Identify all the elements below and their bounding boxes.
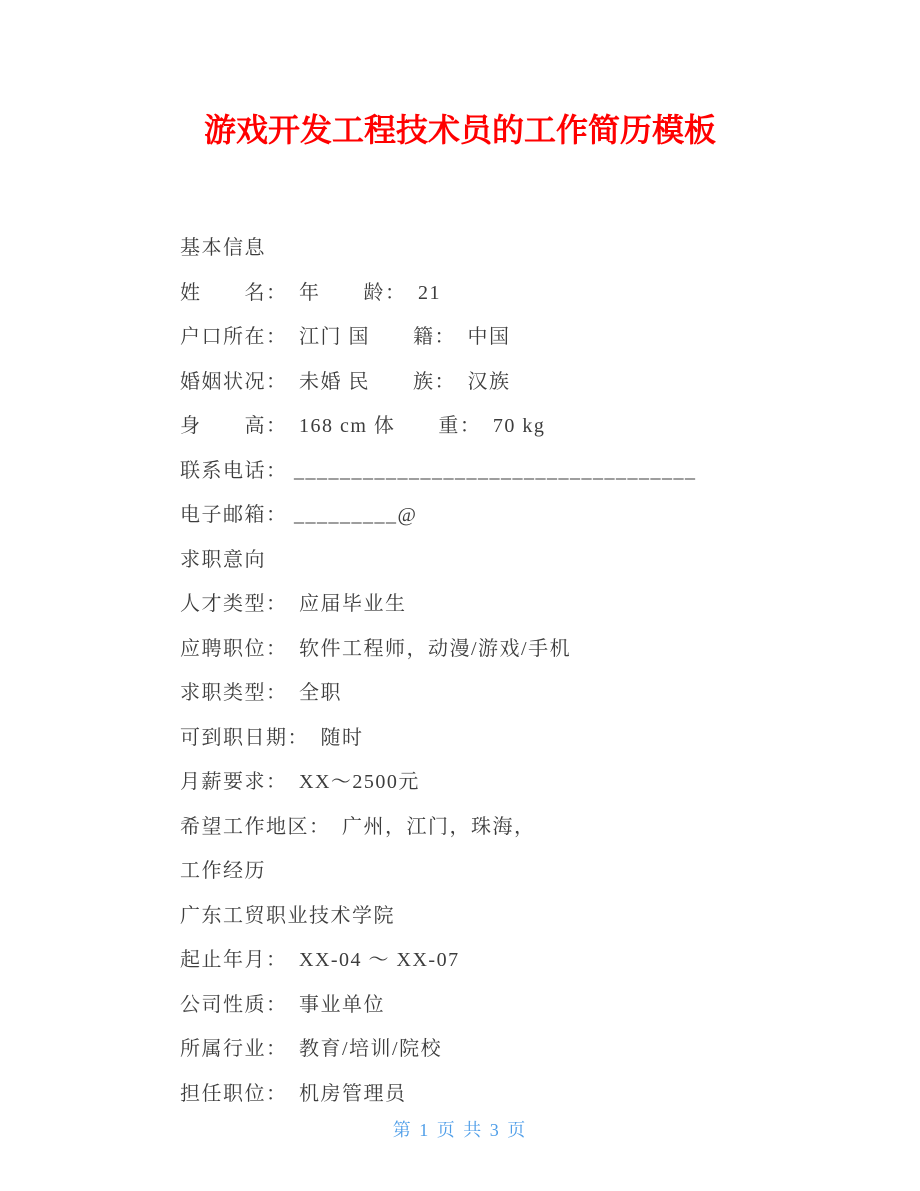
page-number-label: 第 1 页 共 3 页 bbox=[393, 1120, 528, 1140]
field-marital-ethnicity: 婚姻状况： 未婚 民 族： 汉族 bbox=[180, 360, 770, 405]
document-body: 基本信息 姓 名： 年 龄： 21 户口所在： 江门 国 籍： 中国 婚姻状况：… bbox=[180, 226, 770, 1116]
field-talent-type: 人才类型： 应届毕业生 bbox=[180, 582, 770, 627]
field-employment-period: 起止年月： XX-04 ～ XX-07 bbox=[180, 938, 770, 983]
field-preferred-locations: 希望工作地区： 广州，江门，珠海， bbox=[180, 805, 770, 850]
field-email-blank: 电子邮箱： _________@ bbox=[180, 493, 770, 538]
field-employer-name: 广东工贸职业技术学院 bbox=[180, 894, 770, 939]
field-industry: 所属行业： 教育/培训/院校 bbox=[180, 1027, 770, 1072]
page-footer: 第 1 页 共 3 页 bbox=[0, 1118, 920, 1142]
field-phone-blank: 联系电话： __________________________________… bbox=[180, 449, 770, 494]
field-company-nature: 公司性质： 事业单位 bbox=[180, 983, 770, 1028]
field-job-title: 担任职位： 机房管理员 bbox=[180, 1072, 770, 1117]
field-height-weight: 身 高： 168 cm 体 重： 70 kg bbox=[180, 404, 770, 449]
field-name-age: 姓 名： 年 龄： 21 bbox=[180, 271, 770, 316]
field-position-applied: 应聘职位： 软件工程师，动漫/游戏/手机 bbox=[180, 627, 770, 672]
document-page: 游戏开发工程技术员的工作简历模板 基本信息 姓 名： 年 龄： 21 户口所在：… bbox=[0, 0, 920, 1191]
section-heading-basic-info: 基本信息 bbox=[180, 226, 770, 271]
section-heading-job-intention: 求职意向 bbox=[180, 538, 770, 583]
section-heading-work-experience: 工作经历 bbox=[180, 849, 770, 894]
field-residence-nationality: 户口所在： 江门 国 籍： 中国 bbox=[180, 315, 770, 360]
field-job-type: 求职类型： 全职 bbox=[180, 671, 770, 716]
field-salary-expectation: 月薪要求： XX～2500元 bbox=[180, 760, 770, 805]
field-available-date: 可到职日期： 随时 bbox=[180, 716, 770, 761]
document-title: 游戏开发工程技术员的工作简历模板 bbox=[0, 0, 920, 152]
